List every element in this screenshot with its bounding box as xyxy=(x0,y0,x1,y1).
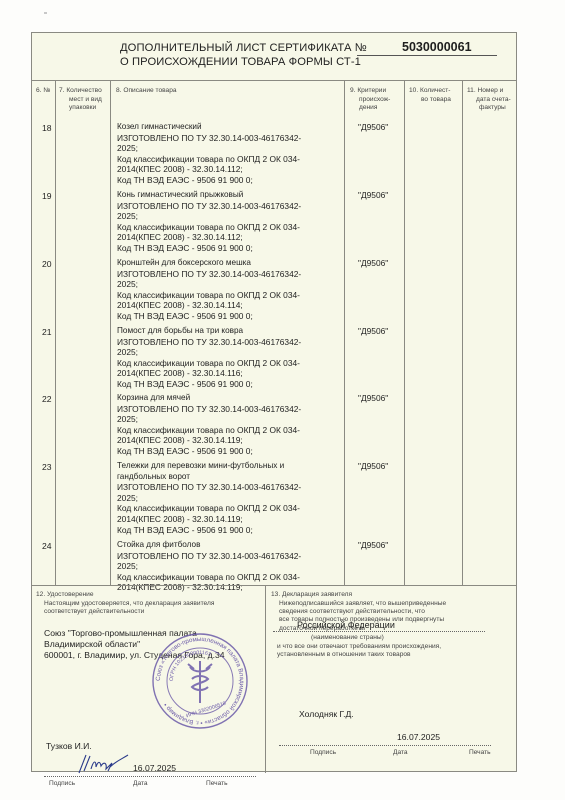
description-line: 2014(КПЕС 2008) - 32.30.14.119; xyxy=(117,435,347,446)
certificate-number-underline xyxy=(357,55,497,56)
description-line: Код ТН ВЭД ЕАЭС - 9506 91 900 0; xyxy=(117,446,347,457)
goods-description: Корзина для мячейИЗГОТОВЛЕНО ПО ТУ 32.30… xyxy=(117,393,347,457)
section-divider xyxy=(32,585,516,586)
description-line: 2014(КПЕС 2008) - 32.30.14.112; xyxy=(117,164,347,175)
description-line: 2014(КПЕС 2008) - 32.30.14.119; xyxy=(117,514,347,525)
description-line: ИЗГОТОВЛЕНО ПО ТУ 32.30.14-003-46176342- xyxy=(117,482,347,493)
description-line: Код классификации товара по ОКПД 2 ОК 03… xyxy=(117,154,347,165)
header-text: 7. Количество xyxy=(59,87,102,96)
description-line: Тележки для перевозки мини-футбольных и xyxy=(117,461,347,472)
description-line: 2025; xyxy=(117,493,347,504)
origin-criteria: "Д9506" xyxy=(358,122,388,132)
description-line: ИЗГОТОВЛЕНО ПО ТУ 32.30.14-003-46176342- xyxy=(117,269,347,280)
header-text: дения xyxy=(350,104,390,113)
origin-criteria: "Д9506" xyxy=(358,326,388,336)
declaration-stamp-caption: Печать xyxy=(469,749,491,756)
description-line: Код ТН ВЭД ЕАЭС - 9506 91 900 0; xyxy=(117,379,347,390)
description-line: Козел гимнастический xyxy=(117,122,347,133)
description-line: ИЗГОТОВЛЕНО ПО ТУ 32.30.14-003-46176342- xyxy=(117,404,347,415)
declaration-date: 16.07.2025 xyxy=(397,732,440,742)
description-line: Код ТН ВЭД ЕАЭС - 9506 91 900 0; xyxy=(117,311,347,322)
description-line: гандбольных ворот xyxy=(117,472,347,483)
description-line: Код ТН ВЭД ЕАЭС - 9506 91 900 0; xyxy=(117,525,347,536)
description-line: Кронштейн для боксерского мешка xyxy=(117,258,347,269)
header-text: фактуры xyxy=(467,104,511,113)
header-text: мест и вид xyxy=(59,96,102,105)
goods-description: Помост для борьбы на три ковраИЗГОТОВЛЕН… xyxy=(117,326,347,390)
declaration-signature-line xyxy=(279,745,491,746)
description-line: 2014(КПЕС 2008) - 32.30.14.112; xyxy=(117,232,347,243)
signature-line xyxy=(44,776,256,777)
title-line-1: ДОПОЛНИТЕЛЬНЫЙ ЛИСТ СЕРТИФИКАТА № xyxy=(120,42,367,54)
row-number: 20 xyxy=(42,259,52,269)
origin-criteria: "Д9506" xyxy=(358,258,388,268)
row-number: 19 xyxy=(42,191,52,201)
origin-criteria: "Д9506" xyxy=(358,190,388,200)
description-line: Стойка для фитболов xyxy=(117,540,347,551)
certificate-form: ДОПОЛНИТЕЛЬНЫЙ ЛИСТ СЕРТИФИКАТА № О ПРОИ… xyxy=(31,32,517,772)
header-text: во товара xyxy=(409,96,451,105)
description-line: Код классификации товара по ОКПД 2 ОК 03… xyxy=(117,425,347,436)
description-line: Корзина для мячей xyxy=(117,393,347,404)
description-line: 2025; xyxy=(117,143,347,154)
description-line: Код классификации товара по ОКПД 2 ОК 03… xyxy=(117,358,347,369)
certification-text: Настоящим удостоверяется, что декларация… xyxy=(44,600,214,616)
declaration-text-line: Нижеподписавшийся заявляет, что вышеприв… xyxy=(279,600,446,608)
column-divider xyxy=(404,81,405,585)
description-line: 2014(КПЕС 2008) - 32.30.14.114; xyxy=(117,300,347,311)
description-line: ИЗГОТОВЛЕНО ПО ТУ 32.30.14-003-46176342- xyxy=(117,201,347,212)
origin-criteria: "Д9506" xyxy=(358,461,388,471)
declaration-date-caption: Дата xyxy=(393,749,408,756)
title-line-2: О ПРОИСХОЖДЕНИИ ТОВАРА ФОРМЫ СТ-1 xyxy=(120,56,361,68)
header-text: 9. Критерии xyxy=(350,87,390,96)
goods-description: Конь гимнастический прыжковыйИЗГОТОВЛЕНО… xyxy=(117,190,347,254)
header-text: дата счета- xyxy=(467,96,511,105)
header-text: 11. Номер и xyxy=(467,87,511,96)
column-divider xyxy=(55,81,56,585)
official-stamp-icon: Союз «Торгово-промышленная палата Владим… xyxy=(150,631,250,731)
description-line: Код классификации товара по ОКПД 2 ОК 03… xyxy=(117,503,347,514)
signature-icon xyxy=(74,751,129,776)
description-line: 2025; xyxy=(117,561,347,572)
description-line: Конь гимнастический прыжковый xyxy=(117,190,347,201)
certifier-name: Тузков И.И. xyxy=(46,741,92,751)
description-line: 2025; xyxy=(117,279,347,290)
header-text: 10. Количест- xyxy=(409,87,451,96)
section-divider-vertical xyxy=(265,585,266,773)
row-number: 18 xyxy=(42,123,52,133)
column-header-invoice: 11. Номер и дата счета- фактуры xyxy=(467,87,511,113)
stamp-caption: Печать xyxy=(206,780,228,787)
description-line: 2025; xyxy=(117,211,347,222)
column-divider xyxy=(462,81,463,585)
date-caption: Дата xyxy=(133,780,148,787)
description-line: Код классификации товара по ОКПД 2 ОК 03… xyxy=(117,290,347,301)
origin-criteria: "Д9506" xyxy=(358,393,388,403)
row-number: 23 xyxy=(42,462,52,472)
column-divider xyxy=(110,81,111,585)
description-line: ИЗГОТОВЛЕНО ПО ТУ 32.30.14-003-46176342- xyxy=(117,133,347,144)
header-text: упаковки xyxy=(59,104,102,113)
declaration-label: 13. Декларация заявителя xyxy=(271,591,352,598)
country-name: Российской Федерации xyxy=(297,620,395,630)
row-number: 21 xyxy=(42,327,52,337)
declaration-text-2: и что все они отвечают требованиям проис… xyxy=(277,643,441,659)
declaration-text-line: сведения соответствуют действительности,… xyxy=(279,608,446,616)
column-header-number: 6. № xyxy=(36,87,50,96)
country-line xyxy=(273,631,485,632)
certification-label: 12. Удостоверение xyxy=(36,591,94,598)
goods-description: Тележки для перевозки мини-футбольных иг… xyxy=(117,461,347,535)
description-line: 2025; xyxy=(117,414,347,425)
row-number: 24 xyxy=(42,541,52,551)
declaration-signature-caption: Подпись xyxy=(310,749,336,756)
column-header-quantity: 10. Количест- во товара xyxy=(409,87,451,104)
declaration-text-line: и что все они отвечают требованиям проис… xyxy=(277,643,441,651)
title-block: ДОПОЛНИТЕЛЬНЫЙ ЛИСТ СЕРТИФИКАТА № О ПРОИ… xyxy=(32,33,516,81)
goods-description: Кронштейн для боксерского мешкаИЗГОТОВЛЕ… xyxy=(117,258,347,322)
column-header-packages: 7. Количество мест и вид упаковки xyxy=(59,87,102,113)
column-header-criteria: 9. Критерии происхож- дения xyxy=(350,87,390,113)
certification-text-line: Настоящим удостоверяется, что декларация… xyxy=(44,600,214,608)
description-line: Код ТН ВЭД ЕАЭС - 9506 91 900 0; xyxy=(117,243,347,254)
description-line: Код ТН ВЭД ЕАЭС - 9506 91 900 0; xyxy=(117,175,347,186)
signature-caption: Подпись xyxy=(49,780,75,787)
goods-description: Козел гимнастическийИЗГОТОВЛЕНО ПО ТУ 32… xyxy=(117,122,347,186)
row-number: 22 xyxy=(42,394,52,404)
description-line: Код классификации товара по ОКПД 2 ОК 03… xyxy=(117,222,347,233)
description-line: 2014(КПЕС 2008) - 32.30.14.116; xyxy=(117,368,347,379)
certification-text-line: соответствует действительности xyxy=(44,608,214,616)
country-caption: (наименование страны) xyxy=(311,634,384,641)
description-line: ИЗГОТОВЛЕНО ПО ТУ 32.30.14-003-46176342- xyxy=(117,337,347,348)
description-line: ИЗГОТОВЛЕНО ПО ТУ 32.30.14-003-46176342- xyxy=(117,551,347,562)
declarant-name: Холодняк Г.Д. xyxy=(299,709,354,719)
certificate-number: 5030000061 xyxy=(402,40,472,54)
description-line: Помост для борьбы на три ковра xyxy=(117,326,347,337)
header-text: происхож- xyxy=(350,96,390,105)
column-header-description: 8. Описание товара xyxy=(116,87,177,96)
declaration-text-line: установленным в отношении таких товаров xyxy=(277,651,441,659)
description-line: 2025; xyxy=(117,347,347,358)
description-line: Код классификации товара по ОКПД 2 ОК 03… xyxy=(117,572,347,583)
certification-date: 16.07.2025 xyxy=(133,763,176,773)
scan-artifact xyxy=(44,12,47,14)
origin-criteria: "Д9506" xyxy=(358,540,388,550)
